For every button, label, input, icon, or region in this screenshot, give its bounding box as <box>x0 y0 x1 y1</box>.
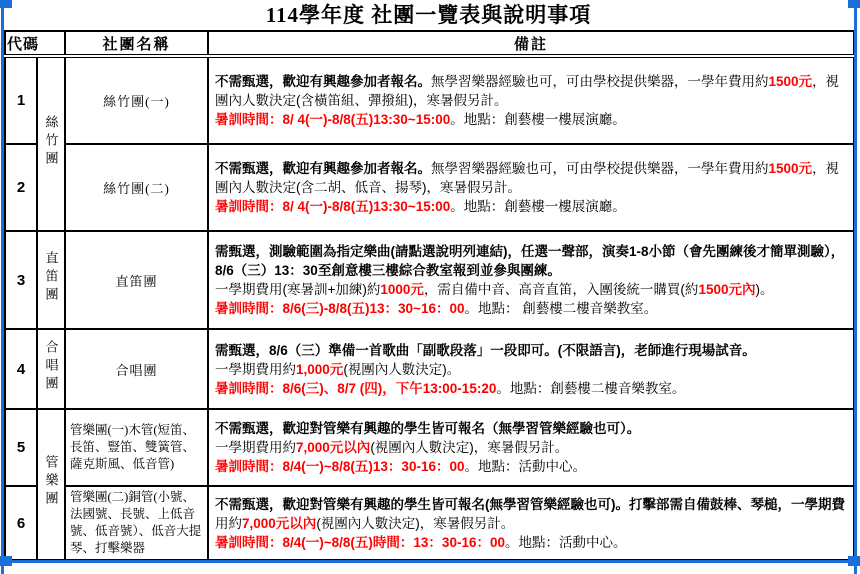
note-segment: (視團內人數決定)，寒暑假另計。 <box>370 440 568 455</box>
club-name-cell: 合唱團 <box>65 329 208 409</box>
frame-handle-top-right[interactable] <box>848 0 860 8</box>
note-segment: 暑訓時間：8/4(一)~8/8(五)13：30-16：00 <box>215 459 464 474</box>
club-row: 6管樂團(二)銅管(小號、法國號、長號、上低音號、低音號）、低音大提琴、打擊樂器… <box>5 486 854 560</box>
club-notes-cell: 需甄選，測驗範圍為指定樂曲(請點選說明列連結)，任選一聲部，演奏1-8小節（會先… <box>208 231 854 329</box>
note-segment: 暑訓時間：8/6(三)、8/7 (四)，下午13:00-15:20 <box>215 381 496 396</box>
note-segment: 不需甄選，歡迎對管樂有興趣的學生皆可報名(無學習管樂經驗也可)。打擊部需自備鼓棒… <box>215 497 845 512</box>
note-segment: 暑訓時間：8/ 4(一)-8/8(五)13:30~15:00 <box>215 112 450 127</box>
club-code-cell: 6 <box>5 486 37 560</box>
note-segment: 1500元 <box>769 74 813 89</box>
note-segment: 不需甄選，歡迎對管樂有興趣的學生皆可報名（無學習管樂經驗也可）。 <box>215 421 640 436</box>
club-category-cell: 管樂團 <box>37 409 65 560</box>
note-segment: 7,000元以內 <box>296 440 370 455</box>
note-paragraph: 需甄選，測驗範圍為指定樂曲(請點選說明列連結)，任選一聲部，演奏1-8小節（會先… <box>215 242 849 280</box>
note-segment: 。地點：創藝樓二樓音樂教室。 <box>496 381 685 396</box>
club-code-cell: 3 <box>5 231 37 329</box>
note-paragraph: 一學期費用約1,000元(視團內人數決定)。 <box>215 360 849 379</box>
note-segment: ，需自備中音、高音直笛，入團後統一購買(約 <box>424 282 699 297</box>
note-segment: 。地點：創藝樓一樓展演廳。 <box>450 199 626 214</box>
col-header-notes: 備註 <box>208 31 854 56</box>
page-title: 114學年度 社團一覽表與說明事項 <box>4 0 853 30</box>
note-segment: 一學期費用約 <box>215 362 296 377</box>
club-row: 2絲竹團(二)不需甄選，歡迎有興趣參加者報名。無學習樂器經驗也可，可由學校提供樂… <box>5 144 854 231</box>
club-category-label: 合唱團 <box>45 340 58 394</box>
club-notes-cell: 不需甄選，歡迎對管樂有興趣的學生皆可報名(無學習管樂經驗也可)。打擊部需自備鼓棒… <box>208 486 854 560</box>
document-page: 114學年度 社團一覽表與說明事項 代碼 社團名稱 備註 1絲竹團絲竹團(一)不… <box>4 0 853 561</box>
frame-border-left <box>1 0 4 574</box>
note-segment: 暑訓時間：8/4(一)~8/8(五)時間：13：30-16：00 <box>215 535 505 550</box>
note-segment: 需甄選，8/6（三）準備一首歌曲「副歌段落」一段即可。(不限語言)，老師進行現場… <box>215 343 756 358</box>
note-paragraph: 不需甄選，歡迎有興趣參加者報名。無學習樂器經驗也可，可由學校提供樂器，一學年費用… <box>215 72 849 110</box>
club-row: 4合唱團合唱團需甄選，8/6（三）準備一首歌曲「副歌段落」一段即可。(不限語言)… <box>5 329 854 409</box>
note-segment: 1500元內 <box>698 282 755 297</box>
club-notes-cell: 不需甄選，歡迎有興趣參加者報名。無學習樂器經驗也可，可由學校提供樂器，一學年費用… <box>208 56 854 144</box>
note-segment: 一學期費用(寒暑訓+加練)約 <box>215 282 380 297</box>
note-paragraph: 暑訓時間：8/4(一)~8/8(五)時間：13：30-16：00。地點：活動中心… <box>215 533 849 552</box>
club-name-cell: 絲竹團(一) <box>65 56 208 144</box>
note-paragraph: 暑訓時間：8/6(三)-8/8(五)13：30~16：00。地點： 創藝樓二樓音… <box>215 299 849 318</box>
note-paragraph: 不需甄選，歡迎對管樂有興趣的學生皆可報名（無學習管樂經驗也可）。 <box>215 419 849 438</box>
note-paragraph: 暑訓時間：8/ 4(一)-8/8(五)13:30~15:00。地點：創藝樓一樓展… <box>215 197 849 216</box>
club-notes-cell: 不需甄選，歡迎對管樂有興趣的學生皆可報名（無學習管樂經驗也可）。一學期費用約7,… <box>208 409 854 486</box>
note-segment: 。地點： 創藝樓二樓音樂教室。 <box>464 301 657 316</box>
note-paragraph: 暑訓時間：8/ 4(一)-8/8(五)13:30~15:00。地點：創藝樓一樓展… <box>215 110 849 129</box>
club-row: 3直笛團直笛團需甄選，測驗範圍為指定樂曲(請點選說明列連結)，任選一聲部，演奏1… <box>5 231 854 329</box>
note-segment: 。地點：活動中心。 <box>505 535 627 550</box>
club-name-cell: 管樂團(二)銅管(小號、法國號、長號、上低音號、低音號）、低音大提琴、打擊樂器 <box>65 486 208 560</box>
note-segment: 1500元 <box>769 161 813 176</box>
frame-handle-top-left[interactable] <box>0 0 12 8</box>
note-paragraph: 不需甄選，歡迎有興趣參加者報名。無學習樂器經驗也可，可由學校提供樂器，一學年費用… <box>215 159 849 197</box>
club-category-cell: 合唱團 <box>37 329 65 409</box>
club-category-cell: 直笛團 <box>37 231 65 329</box>
note-paragraph: 一學期費用約7,000元以內(視團內人數決定)，寒暑假另計。 <box>215 438 849 457</box>
club-category-cell: 絲竹團 <box>37 56 65 231</box>
club-category-label: 直笛團 <box>45 251 58 305</box>
col-header-code: 代碼 <box>5 31 65 56</box>
club-notes-cell: 不需甄選，歡迎有興趣參加者報名。無學習樂器經驗也可，可由學校提供樂器，一學年費用… <box>208 144 854 231</box>
frame-border-bottom <box>0 560 860 563</box>
note-segment: 暑訓時間：8/6(三)-8/8(五)13：30~16：00 <box>215 301 464 316</box>
note-segment: 無學習樂器經驗也可，可由學校提供樂器，一學年費用約 <box>431 161 769 176</box>
note-segment: 暑訓時間：8/ 4(一)-8/8(五)13:30~15:00 <box>215 199 450 214</box>
note-paragraph: 一學期費用(寒暑訓+加練)約1000元，需自備中音、高音直笛，入團後統一購買(約… <box>215 280 849 299</box>
club-code-cell: 2 <box>5 144 37 231</box>
note-segment: 。地點：創藝樓一樓展演廳。 <box>450 112 626 127</box>
note-segment: 1000元 <box>380 282 424 297</box>
note-paragraph: 暑訓時間：8/4(一)~8/8(五)13：30-16：00。地點：活動中心。 <box>215 457 849 476</box>
note-segment: 一學期費用約 <box>215 440 296 455</box>
club-code-cell: 5 <box>5 409 37 486</box>
frame-handle-bottom-left[interactable] <box>0 556 12 566</box>
note-paragraph: 需甄選，8/6（三）準備一首歌曲「副歌段落」一段即可。(不限語言)，老師進行現場… <box>215 341 849 360</box>
club-code-cell: 1 <box>5 56 37 144</box>
note-segment: 無學習樂器經驗也可，可由學校提供樂器，一學年費用約 <box>431 74 769 89</box>
note-segment: 不需甄選，歡迎有興趣參加者報名。 <box>215 161 431 176</box>
club-notes-cell: 需甄選，8/6（三）準備一首歌曲「副歌段落」一段即可。(不限語言)，老師進行現場… <box>208 329 854 409</box>
note-segment: 需甄選，測驗範圍為指定樂曲(請點選說明列連結)，任選一聲部，演奏1-8小節（會先… <box>215 244 844 278</box>
club-name-cell: 管樂團(一)木管(短笛、長笛、豎笛、雙簧管、薩克斯風、低音管) <box>65 409 208 486</box>
club-overview-table: 代碼 社團名稱 備註 1絲竹團絲竹團(一)不需甄選，歡迎有興趣參加者報名。無學習… <box>4 30 855 561</box>
note-segment: 不需甄選，歡迎有興趣參加者報名。 <box>215 74 431 89</box>
col-header-name: 社團名稱 <box>65 31 208 56</box>
club-row: 1絲竹團絲竹團(一)不需甄選，歡迎有興趣參加者報名。無學習樂器經驗也可，可由學校… <box>5 56 854 144</box>
club-category-label: 管樂團 <box>45 455 58 509</box>
note-segment: (視團內人數決定)，寒暑假另計。 <box>316 516 514 531</box>
frame-handle-bottom-right[interactable] <box>848 556 860 566</box>
club-code-cell: 4 <box>5 329 37 409</box>
club-name-cell: 絲竹團(二) <box>65 144 208 231</box>
note-segment: )。 <box>755 282 773 297</box>
note-segment: (視團內人數決定)。 <box>343 362 460 377</box>
club-row: 5管樂團管樂團(一)木管(短笛、長笛、豎笛、雙簧管、薩克斯風、低音管)不需甄選，… <box>5 409 854 486</box>
club-name-cell: 直笛團 <box>65 231 208 329</box>
club-category-label: 絲竹團 <box>45 115 58 169</box>
note-paragraph: 暑訓時間：8/6(三)、8/7 (四)，下午13:00-15:20。地點：創藝樓… <box>215 379 849 398</box>
note-segment: 。地點：活動中心。 <box>464 459 586 474</box>
note-segment: 7,000元以內 <box>242 516 316 531</box>
note-segment: 1,000元 <box>296 362 343 377</box>
header-row: 代碼 社團名稱 備註 <box>5 31 854 56</box>
note-segment: 用約 <box>215 516 242 531</box>
note-paragraph: 不需甄選，歡迎對管樂有興趣的學生皆可報名(無學習管樂經驗也可)。打擊部需自備鼓棒… <box>215 495 849 533</box>
frame-border-right <box>854 0 857 574</box>
